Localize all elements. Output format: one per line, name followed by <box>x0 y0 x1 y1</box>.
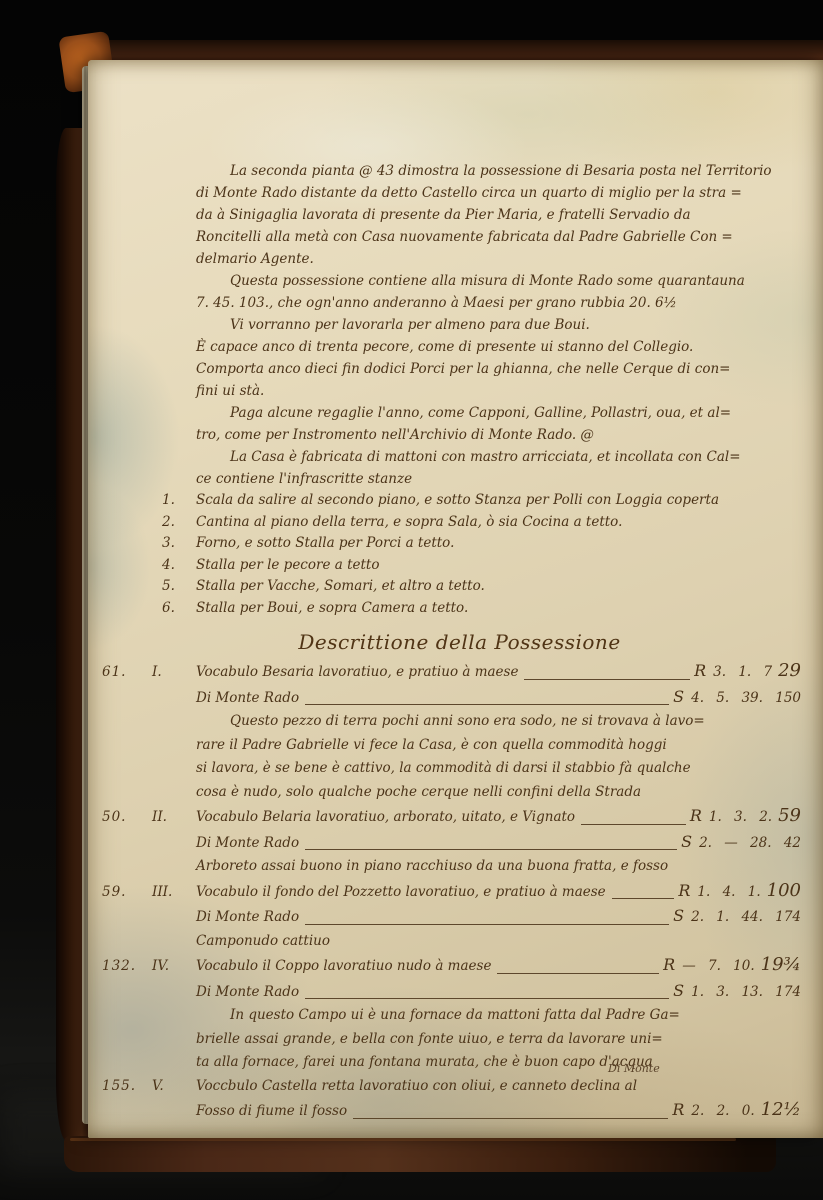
room-text: Stalla per Boui, e sopra Camera a tetto. <box>196 598 468 620</box>
room-number: 5. <box>162 576 196 598</box>
room-text: Scala da salire al secondo piano, e sott… <box>196 490 719 512</box>
entry-row-body: Di Monte Rado S 1. 3. 13. 174 <box>196 979 801 1005</box>
measure-value-large: 59 <box>772 804 801 828</box>
entry-row: Di Monte Rado S 2. — 28. 42 <box>98 830 801 856</box>
entry-row: 50. II. Vocabulo Belaria lavoratiuo, arb… <box>98 804 801 830</box>
measure-value-large: 12½ <box>755 1098 801 1122</box>
pigs-line: Comporta anco dieci fin dodici Porci per… <box>196 358 801 380</box>
entry-row-body: Di Monte Rado S 4. 5. 39. 150 <box>196 685 801 711</box>
leader-line <box>524 679 690 680</box>
entry-row-body: Vocabulo Belaria lavoratiuo, arborato, u… <box>196 804 801 830</box>
note-line: Arboreto assai buono in piano racchiuso … <box>196 855 801 879</box>
entry-text: Di Monte Rado <box>196 981 299 1005</box>
note-line: si lavora, è se bene è cattivo, la commo… <box>196 757 801 781</box>
entry-margin-number: 61. <box>98 661 152 685</box>
rents-line: tro, come per Instromento nell'Archivio … <box>196 424 801 446</box>
entry-row: 59. III. Vocabulo il fondo del Pozzetto … <box>98 879 801 905</box>
entry-text: Di Monte Rado <box>196 906 299 930</box>
room-text: Forno, e sotto Stalla per Porci a tetto. <box>196 533 454 555</box>
leader-line <box>497 973 659 974</box>
note-line: ta alla fornace, farei una fontana murat… <box>196 1051 801 1075</box>
measure-values: 2. 1. 44. 174 <box>691 906 801 930</box>
entry-text: Vocabulo il fondo del Pozzetto lavoratiu… <box>196 881 606 905</box>
entry-row-body: Voccbulo Castella retta lavoratiuo con o… <box>196 1075 801 1099</box>
measure-letter: R <box>694 659 713 683</box>
measure-values: 3. 1. 7 <box>713 661 772 685</box>
note-line: Questo pezzo di terra pochi anni sono er… <box>196 710 801 734</box>
measure-letter: R <box>690 804 709 828</box>
oxen-line: Vi vorranno per lavorarla per almeno par… <box>196 314 801 336</box>
rooms-list: 1. Scala da salire al secondo piano, e s… <box>162 490 801 619</box>
house-line: La Casa è fabricata di mattoni con mastr… <box>196 446 801 468</box>
entry-note: Questo pezzo di terra pochi anni sono er… <box>196 710 801 804</box>
entry-margin-number: 155. <box>98 1075 152 1099</box>
measure-letter: S <box>673 685 691 709</box>
intro-line: da à Sinigaglia lavorata di presente da … <box>196 204 801 226</box>
room-number: 4. <box>162 555 196 577</box>
rooms-list-item: 1. Scala da salire al secondo piano, e s… <box>162 490 801 512</box>
entry-row: Di Monte Rado S 4. 5. 39. 150 <box>98 685 801 711</box>
leader-line <box>612 898 675 899</box>
book-cover-bottom-edge <box>64 1136 776 1172</box>
section-heading: Descrittione della Possessione <box>158 629 761 655</box>
manuscript-page: La seconda pianta @ 43 dimostra la posse… <box>88 60 823 1138</box>
leader-line <box>305 998 669 999</box>
measure-value-large: 19¾ <box>755 953 801 977</box>
entry-row: Fosso di fiume il fosso R 2. 2. 0. 12½ <box>98 1098 801 1124</box>
note-line: Camponudo cattiuo <box>196 930 801 954</box>
entry-roman-numeral: IV. <box>152 955 196 979</box>
note-line: In questo Campo ui è una fornace da matt… <box>196 1004 801 1028</box>
measure-letter: R <box>672 1098 691 1122</box>
house-line: ce contiene l'infrascritte stanze <box>196 468 801 490</box>
room-text: Stalla per le pecore a tetto <box>196 555 379 577</box>
note-line: brielle assai grande, e bella con fonte … <box>196 1028 801 1052</box>
leader-line <box>305 704 669 705</box>
measure-values: — 7. 10. <box>682 955 754 979</box>
room-number: 2. <box>162 512 196 534</box>
rooms-list-item: 6. Stalla per Boui, e sopra Camera a tet… <box>162 598 801 620</box>
entry-text: Vocabulo il Coppo lavoratiuo nudo à maes… <box>196 955 491 979</box>
entry-text: Di Monte Rado <box>196 687 299 711</box>
entry-roman-numeral: III. <box>152 881 196 905</box>
entry-roman-numeral: V. <box>152 1075 196 1099</box>
entry-row: 155. V. Voccbulo Castella retta lavorati… <box>98 1075 801 1099</box>
entry-row-body: Di Monte Rado S 2. — 28. 42 <box>196 830 801 856</box>
pigs-line: fini ui stà. <box>196 380 801 402</box>
leader-line <box>305 849 677 850</box>
note-line: cosa è nudo, solo qualche poche cerque n… <box>196 781 801 805</box>
intro-line: La seconda pianta @ 43 dimostra la posse… <box>196 160 801 182</box>
leader-line <box>581 824 686 825</box>
room-text: Stalla per Vacche, Somari, et altro a te… <box>196 576 485 598</box>
entry-note: Arboreto assai buono in piano racchiuso … <box>196 855 801 879</box>
entry-margin-number: 59. <box>98 881 152 905</box>
rents-line: Paga alcune regaglie l'anno, come Cappon… <box>196 402 801 424</box>
entry-note: In questo Campo ui è una fornace da matt… <box>196 1004 801 1075</box>
rooms-list-item: 4. Stalla per le pecore a tetto <box>162 555 801 577</box>
intro-line: Roncitelli alla metà con Casa nuovamente… <box>196 226 801 248</box>
entry-row: Di Monte Rado S 2. 1. 44. 174 <box>98 904 801 930</box>
measure-values: 2. 2. 0. <box>691 1100 754 1124</box>
measure-line: Questa possessione contiene alla misura … <box>196 270 801 292</box>
room-text: Cantina al piano della terra, e sopra Sa… <box>196 512 622 534</box>
room-number: 3. <box>162 533 196 555</box>
possession-entries: 61. I. Vocabulo Besaria lavoratiuo, e pr… <box>98 659 801 1124</box>
entry-margin-number: 50. <box>98 806 152 830</box>
measure-letter: S <box>673 979 691 1003</box>
measure-value-large: 100 <box>761 879 801 903</box>
entry-row-body: Vocabulo il fondo del Pozzetto lavoratiu… <box>196 879 801 905</box>
measure-values: 2. — 28. 42 <box>699 832 801 856</box>
room-number: 6. <box>162 598 196 620</box>
entry-row-body: Fosso di fiume il fosso R 2. 2. 0. 12½ <box>196 1098 801 1124</box>
measure-letter: R <box>678 879 697 903</box>
entry-text: Voccbulo Castella retta lavoratiuo con o… <box>196 1075 637 1099</box>
entry-margin-number: 132. <box>98 955 152 979</box>
measure-values: 1. 4. 1. <box>697 881 760 905</box>
entry-text: Vocabulo Belaria lavoratiuo, arborato, u… <box>196 806 575 830</box>
room-number: 1. <box>162 490 196 512</box>
manuscript-content: La seconda pianta @ 43 dimostra la posse… <box>88 60 823 1124</box>
rooms-list-item: 3. Forno, e sotto Stalla per Porci a tet… <box>162 533 801 555</box>
entry-text: Di Monte Rado <box>196 832 299 856</box>
rooms-list-item: 5. Stalla per Vacche, Somari, et altro a… <box>162 576 801 598</box>
leader-line <box>353 1118 668 1119</box>
measure-letter: R <box>663 953 682 977</box>
measure-letter: S <box>681 830 699 854</box>
entry-row: Di Monte Rado S 1. 3. 13. 174 <box>98 979 801 1005</box>
measure-line: 7. 45. 103., che ogn'anno anderanno à Ma… <box>196 292 801 314</box>
measure-values: 1. 3. 2. <box>709 806 772 830</box>
intro-line: di Monte Rado distante da detto Castello… <box>196 182 801 204</box>
measure-values: 1. 3. 13. 174 <box>691 981 801 1005</box>
entry-roman-numeral: II. <box>152 806 196 830</box>
entry-row-body: Vocabulo Besaria lavoratiuo, e pratiuo à… <box>196 659 801 685</box>
measure-value-large: 29 <box>772 659 801 683</box>
measure-values: 4. 5. 39. 150 <box>691 687 801 711</box>
entry-row: 61. I. Vocabulo Besaria lavoratiuo, e pr… <box>98 659 801 685</box>
entry-text: Vocabulo Besaria lavoratiuo, e pratiuo à… <box>196 661 518 685</box>
intro-paragraph: La seconda pianta @ 43 dimostra la posse… <box>196 160 801 270</box>
measure-letter: S <box>673 904 691 928</box>
rooms-list-item: 2. Cantina al piano della terra, e sopra… <box>162 512 801 534</box>
note-line: rare il Padre Gabrielle vi fece la Casa,… <box>196 734 801 758</box>
entry-roman-numeral: I. <box>152 661 196 685</box>
entry-row-body: Di Monte Rado S 2. 1. 44. 174 <box>196 904 801 930</box>
entry-row-body: Vocabulo il Coppo lavoratiuo nudo à maes… <box>196 953 801 979</box>
measure-paragraph: Questa possessione contiene alla misura … <box>196 270 801 490</box>
entry-row: 132. IV. Vocabulo il Coppo lavoratiuo nu… <box>98 953 801 979</box>
entry-text: Fosso di fiume il fosso <box>196 1100 347 1124</box>
intro-line: delmario Agente. <box>196 248 801 270</box>
sheep-line: È capace anco di trenta pecore, come di … <box>196 336 801 358</box>
entry-note: Camponudo cattiuo <box>196 930 801 954</box>
catchword: Di Monte <box>608 1062 660 1075</box>
leader-line <box>305 924 669 925</box>
